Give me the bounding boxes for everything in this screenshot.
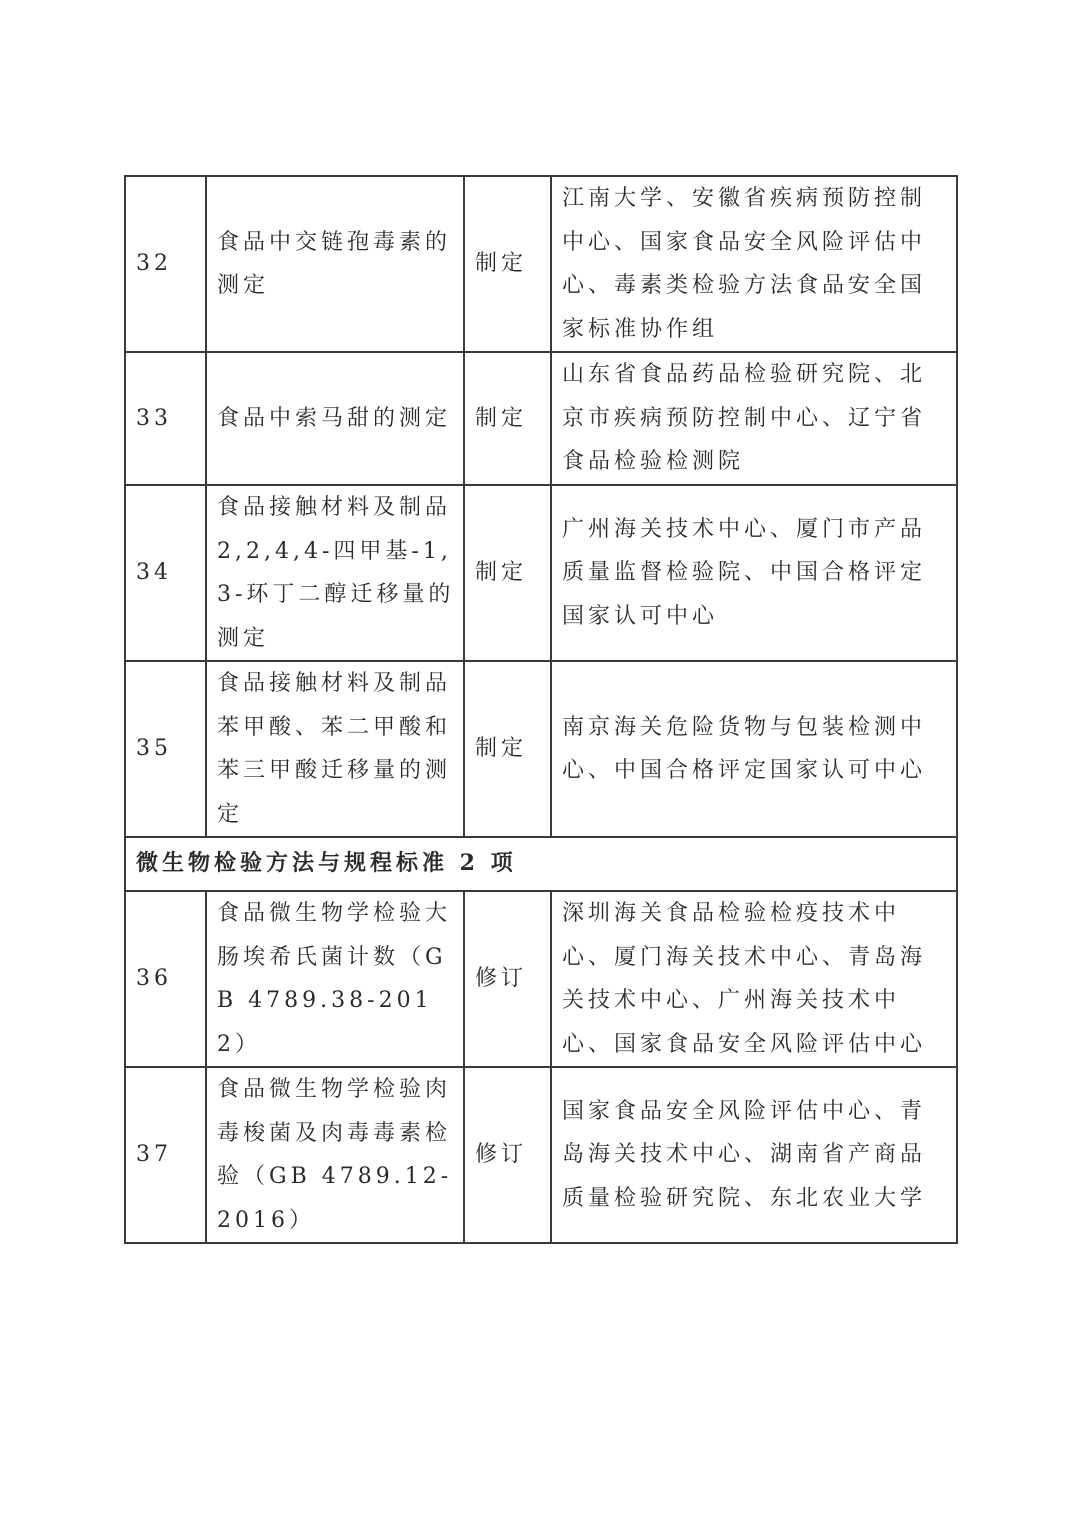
standard-type: 制定 bbox=[464, 352, 551, 485]
table-row: 34 食品接触材料及制品2,2,4,4-四甲基-1,3-环丁二醇迁移量的测定 制… bbox=[125, 485, 957, 661]
standard-name: 食品接触材料及制品2,2,4,4-四甲基-1,3-环丁二醇迁移量的测定 bbox=[206, 485, 464, 661]
standard-name: 食品微生物学检验肉毒梭菌及肉毒毒素检验（GB 4789.12-2016） bbox=[206, 1067, 464, 1243]
section-header: 微生物检验方法与规程标准 2 项 bbox=[125, 837, 957, 891]
table-row: 33 食品中索马甜的测定 制定 山东省食品药品检验研究院、北京市疾病预防控制中心… bbox=[125, 352, 957, 485]
drafting-organizations: 江南大学、安徽省疾病预防控制中心、国家食品安全风险评估中心、毒素类检验方法食品安… bbox=[551, 176, 957, 352]
standard-type: 制定 bbox=[464, 661, 551, 837]
standard-name: 食品接触材料及制品苯甲酸、苯二甲酸和苯三甲酸迁移量的测定 bbox=[206, 661, 464, 837]
standard-type: 制定 bbox=[464, 176, 551, 352]
table-row: 32 食品中交链孢毒素的测定 制定 江南大学、安徽省疾病预防控制中心、国家食品安… bbox=[125, 176, 957, 352]
table-row: 36 食品微生物学检验大肠埃希氏菌计数（GB 4789.38-2012） 修订 … bbox=[125, 891, 957, 1067]
drafting-organizations: 南京海关危险货物与包装检测中心、中国合格评定国家认可中心 bbox=[551, 661, 957, 837]
standard-name: 食品中交链孢毒素的测定 bbox=[206, 176, 464, 352]
drafting-organizations: 广州海关技术中心、厦门市产品质量监督检验院、中国合格评定国家认可中心 bbox=[551, 485, 957, 661]
row-number: 35 bbox=[125, 661, 206, 837]
drafting-organizations: 深圳海关食品检验检疫技术中心、厦门海关技术中心、青岛海关技术中心、广州海关技术中… bbox=[551, 891, 957, 1067]
table-row: 35 食品接触材料及制品苯甲酸、苯二甲酸和苯三甲酸迁移量的测定 制定 南京海关危… bbox=[125, 661, 957, 837]
standard-name: 食品中索马甜的测定 bbox=[206, 352, 464, 485]
standard-type: 修订 bbox=[464, 891, 551, 1067]
standard-name: 食品微生物学检验大肠埃希氏菌计数（GB 4789.38-2012） bbox=[206, 891, 464, 1067]
standard-type: 制定 bbox=[464, 485, 551, 661]
drafting-organizations: 山东省食品药品检验研究院、北京市疾病预防控制中心、辽宁省食品检验检测院 bbox=[551, 352, 957, 485]
table-row: 37 食品微生物学检验肉毒梭菌及肉毒毒素检验（GB 4789.12-2016） … bbox=[125, 1067, 957, 1243]
row-number: 34 bbox=[125, 485, 206, 661]
row-number: 37 bbox=[125, 1067, 206, 1243]
row-number: 33 bbox=[125, 352, 206, 485]
standard-type: 修订 bbox=[464, 1067, 551, 1243]
standards-table: 32 食品中交链孢毒素的测定 制定 江南大学、安徽省疾病预防控制中心、国家食品安… bbox=[124, 175, 958, 1244]
document-page: 32 食品中交链孢毒素的测定 制定 江南大学、安徽省疾病预防控制中心、国家食品安… bbox=[0, 0, 1080, 1527]
row-number: 36 bbox=[125, 891, 206, 1067]
section-header-row: 微生物检验方法与规程标准 2 项 bbox=[125, 837, 957, 891]
row-number: 32 bbox=[125, 176, 206, 352]
drafting-organizations: 国家食品安全风险评估中心、青岛海关技术中心、湖南省产商品质量检验研究院、东北农业… bbox=[551, 1067, 957, 1243]
